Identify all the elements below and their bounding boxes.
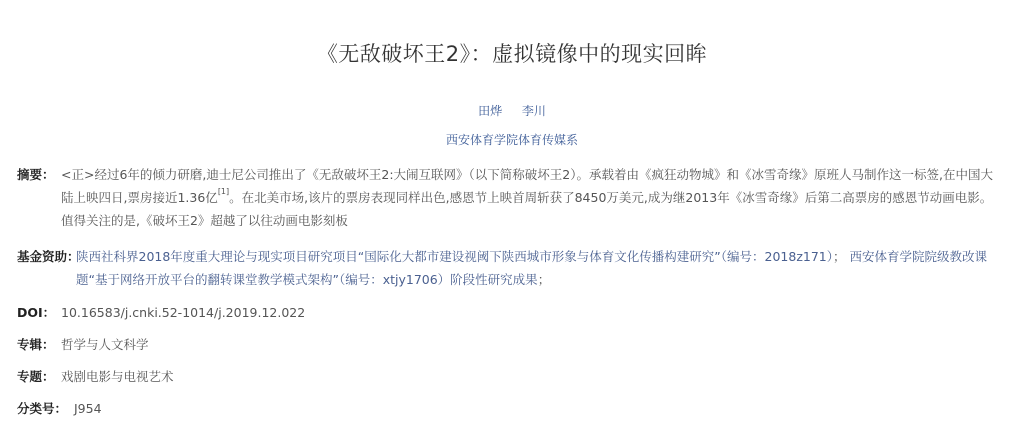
classification-label: 分类号： bbox=[17, 397, 74, 420]
album-value: 哲学与人文科学 bbox=[61, 333, 1002, 356]
fund-list: 陕西社科界2018年度重大理论与现实项目研究项目“国际化大都市建设视阈下陕西城市… bbox=[76, 245, 1002, 291]
fund-label: 基金资助： bbox=[17, 245, 76, 291]
album-section: 专辑： 哲学与人文科学 bbox=[17, 333, 1002, 356]
doi-section: DOI： 10.16583/j.cnki.52-1014/j.2019.12.0… bbox=[17, 301, 1002, 324]
fund-trailing: ； bbox=[538, 272, 551, 287]
abstract-label: 摘要： bbox=[17, 163, 61, 232]
topic-label: 专题： bbox=[17, 365, 61, 388]
article-title: 《无敌破坏王2》：虚拟镜像中的现实回眸 bbox=[0, 38, 1024, 68]
organization-link[interactable]: 西安体育学院体育传媒系 bbox=[446, 133, 578, 147]
album-label: 专辑： bbox=[17, 333, 61, 356]
topic-section: 专题： 戏剧电影与电视艺术 bbox=[17, 365, 1002, 388]
doi-label: DOI： bbox=[17, 301, 61, 324]
fund-separator: ； bbox=[833, 249, 846, 264]
topic-value: 戏剧电影与电视艺术 bbox=[61, 365, 1002, 388]
abstract-section: 摘要： <正>经过6年的倾力研磨,迪士尼公司推出了《无敌破坏王2:大闹互联网》（… bbox=[17, 163, 1002, 232]
author-list: 田烨 李川 bbox=[0, 102, 1024, 119]
reference-marker[interactable]: [1] bbox=[218, 187, 229, 196]
fund-item-link[interactable]: 陕西社科界2018年度重大理论与现实项目研究项目“国际化大都市建设视阈下陕西城市… bbox=[76, 249, 833, 264]
doi-value: 10.16583/j.cnki.52-1014/j.2019.12.022 bbox=[61, 301, 1002, 324]
classification-value: J954 bbox=[74, 397, 1002, 420]
author-organization: 西安体育学院体育传媒系 bbox=[0, 131, 1024, 148]
abstract-text: <正>经过6年的倾力研磨,迪士尼公司推出了《无敌破坏王2:大闹互联网》（以下简称… bbox=[61, 163, 1002, 232]
author-link[interactable]: 李川 bbox=[522, 104, 546, 118]
classification-section: 分类号： J954 bbox=[17, 397, 1002, 420]
fund-section: 基金资助： 陕西社科界2018年度重大理论与现实项目研究项目“国际化大都市建设视… bbox=[17, 245, 1002, 291]
author-link[interactable]: 田烨 bbox=[478, 104, 502, 118]
